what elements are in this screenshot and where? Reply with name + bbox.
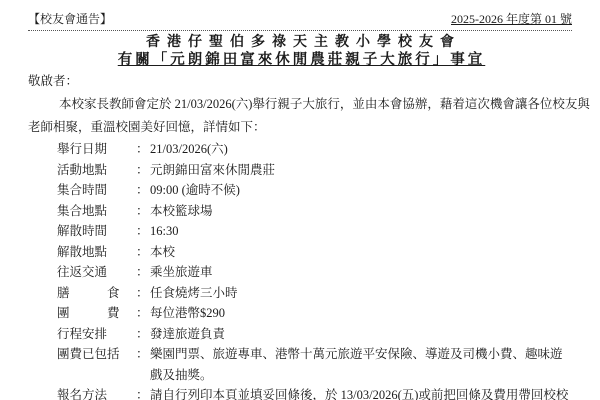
detail-label: 報名方法 [57,385,136,400]
school-name-title: 香港仔聖伯多祿天主教小學校友會 [28,34,572,51]
detail-value: 發達旅遊負責 [150,324,225,345]
detail-label: 集合地點 [57,201,136,222]
detail-colon: ： [136,242,150,263]
detail-row-meal: 膳 食 ： 任食燒烤三小時 [28,283,572,304]
detail-row-event-date: 舉行日期 ： 21/03/2026(六) [28,139,572,160]
detail-value: 16:30 [150,221,178,242]
detail-value: 請自行列印本頁並填妥回條後，於 13/03/2026(五)或前把回條及費用帶回校… [150,385,568,400]
detail-row-itinerary: 行程安排 ： 發達旅遊負責 [28,324,572,345]
detail-value: 每位港幣$290 [150,303,225,324]
detail-colon: ： [136,283,150,304]
detail-value: 本校籃球場 [150,201,213,222]
detail-label: 活動地點 [57,160,136,181]
detail-row-venue: 活動地點 ： 元朗錦田富來休閒農莊 [28,160,572,181]
detail-colon: ： [136,160,150,181]
detail-row-fee: 團 費 ： 每位港幣$290 [28,303,572,324]
salutation: 敬啟者： [28,74,572,89]
detail-row-dismissal-place: 解散地點 ： 本校 [28,242,572,263]
detail-colon: ： [136,303,150,324]
details-list: 舉行日期 ： 21/03/2026(六) 活動地點 ： 元朗錦田富來休閒農莊 集… [28,139,572,400]
detail-value: 任食燒烤三小時 [150,283,238,304]
intro-paragraph: 本校家長教師會定於 21/03/2026(六)舉行親子大旅行，並由本會協辦，藉着… [28,93,572,139]
subject-title-row: 有關「元朗錦田富來休閒農莊親子大旅行」事宜 [28,51,572,69]
detail-value: 本校 [150,242,175,263]
detail-row-enrollment: 報名方法 ： 請自行列印本頁並填妥回條後，於 13/03/2026(五)或前把回… [28,385,572,400]
detail-label: 解散時間 [57,221,136,242]
detail-label: 膳 食 [57,283,136,304]
detail-row-transport: 往返交通 ： 乘坐旅遊車 [28,262,572,283]
detail-colon: ： [136,221,150,242]
subject-title: 有關「元朗錦田富來休閒農莊親子大旅行」事宜 [115,52,486,68]
detail-colon: ： [136,139,150,160]
notice-document: 【校友會通告】 2025-2026 年度第 01 號 香港仔聖伯多祿天主教小學校… [0,0,600,400]
detail-value: 樂園門票、旅遊專車、港幣十萬元旅遊平安保險、導遊及司機小費、趣味遊 戲及抽獎。 [150,344,563,385]
notice-header: 【校友會通告】 2025-2026 年度第 01 號 [28,12,572,31]
detail-colon: ： [136,262,150,283]
detail-colon: ： [136,201,150,222]
intro-line-1: 本校家長教師會定於 21/03/2026(六)舉行親子大旅行，並由本會協辦，藉着… [28,93,572,116]
detail-value: 元朗錦田富來休閒農莊 [150,160,275,181]
detail-colon: ： [136,385,150,400]
notice-category-label: 【校友會通告】 [28,12,112,27]
detail-label: 解散地點 [57,242,136,263]
detail-colon: ： [136,324,150,345]
detail-value: 09:00 (逾時不候) [150,180,240,201]
detail-label: 舉行日期 [57,139,136,160]
detail-value: 乘坐旅遊車 [150,262,213,283]
detail-colon: ： [136,344,150,385]
detail-label: 集合時間 [57,180,136,201]
detail-row-fee-includes: 團費已包括 ： 樂園門票、旅遊專車、港幣十萬元旅遊平安保險、導遊及司機小費、趣味… [28,344,572,385]
detail-label: 團費已包括 [57,344,136,385]
detail-row-dismissal-time: 解散時間 ： 16:30 [28,221,572,242]
detail-label: 行程安排 [57,324,136,345]
detail-row-assembly-time: 集合時間 ： 09:00 (逾時不候) [28,180,572,201]
detail-label: 團 費 [57,303,136,324]
detail-row-assembly-place: 集合地點 ： 本校籃球場 [28,201,572,222]
detail-value: 21/03/2026(六) [150,139,228,160]
detail-label: 往返交通 [57,262,136,283]
detail-colon: ： [136,180,150,201]
notice-number: 2025-2026 年度第 01 號 [451,12,572,27]
intro-line-2: 老師相聚，重溫校園美好回憶，詳情如下： [28,116,572,139]
